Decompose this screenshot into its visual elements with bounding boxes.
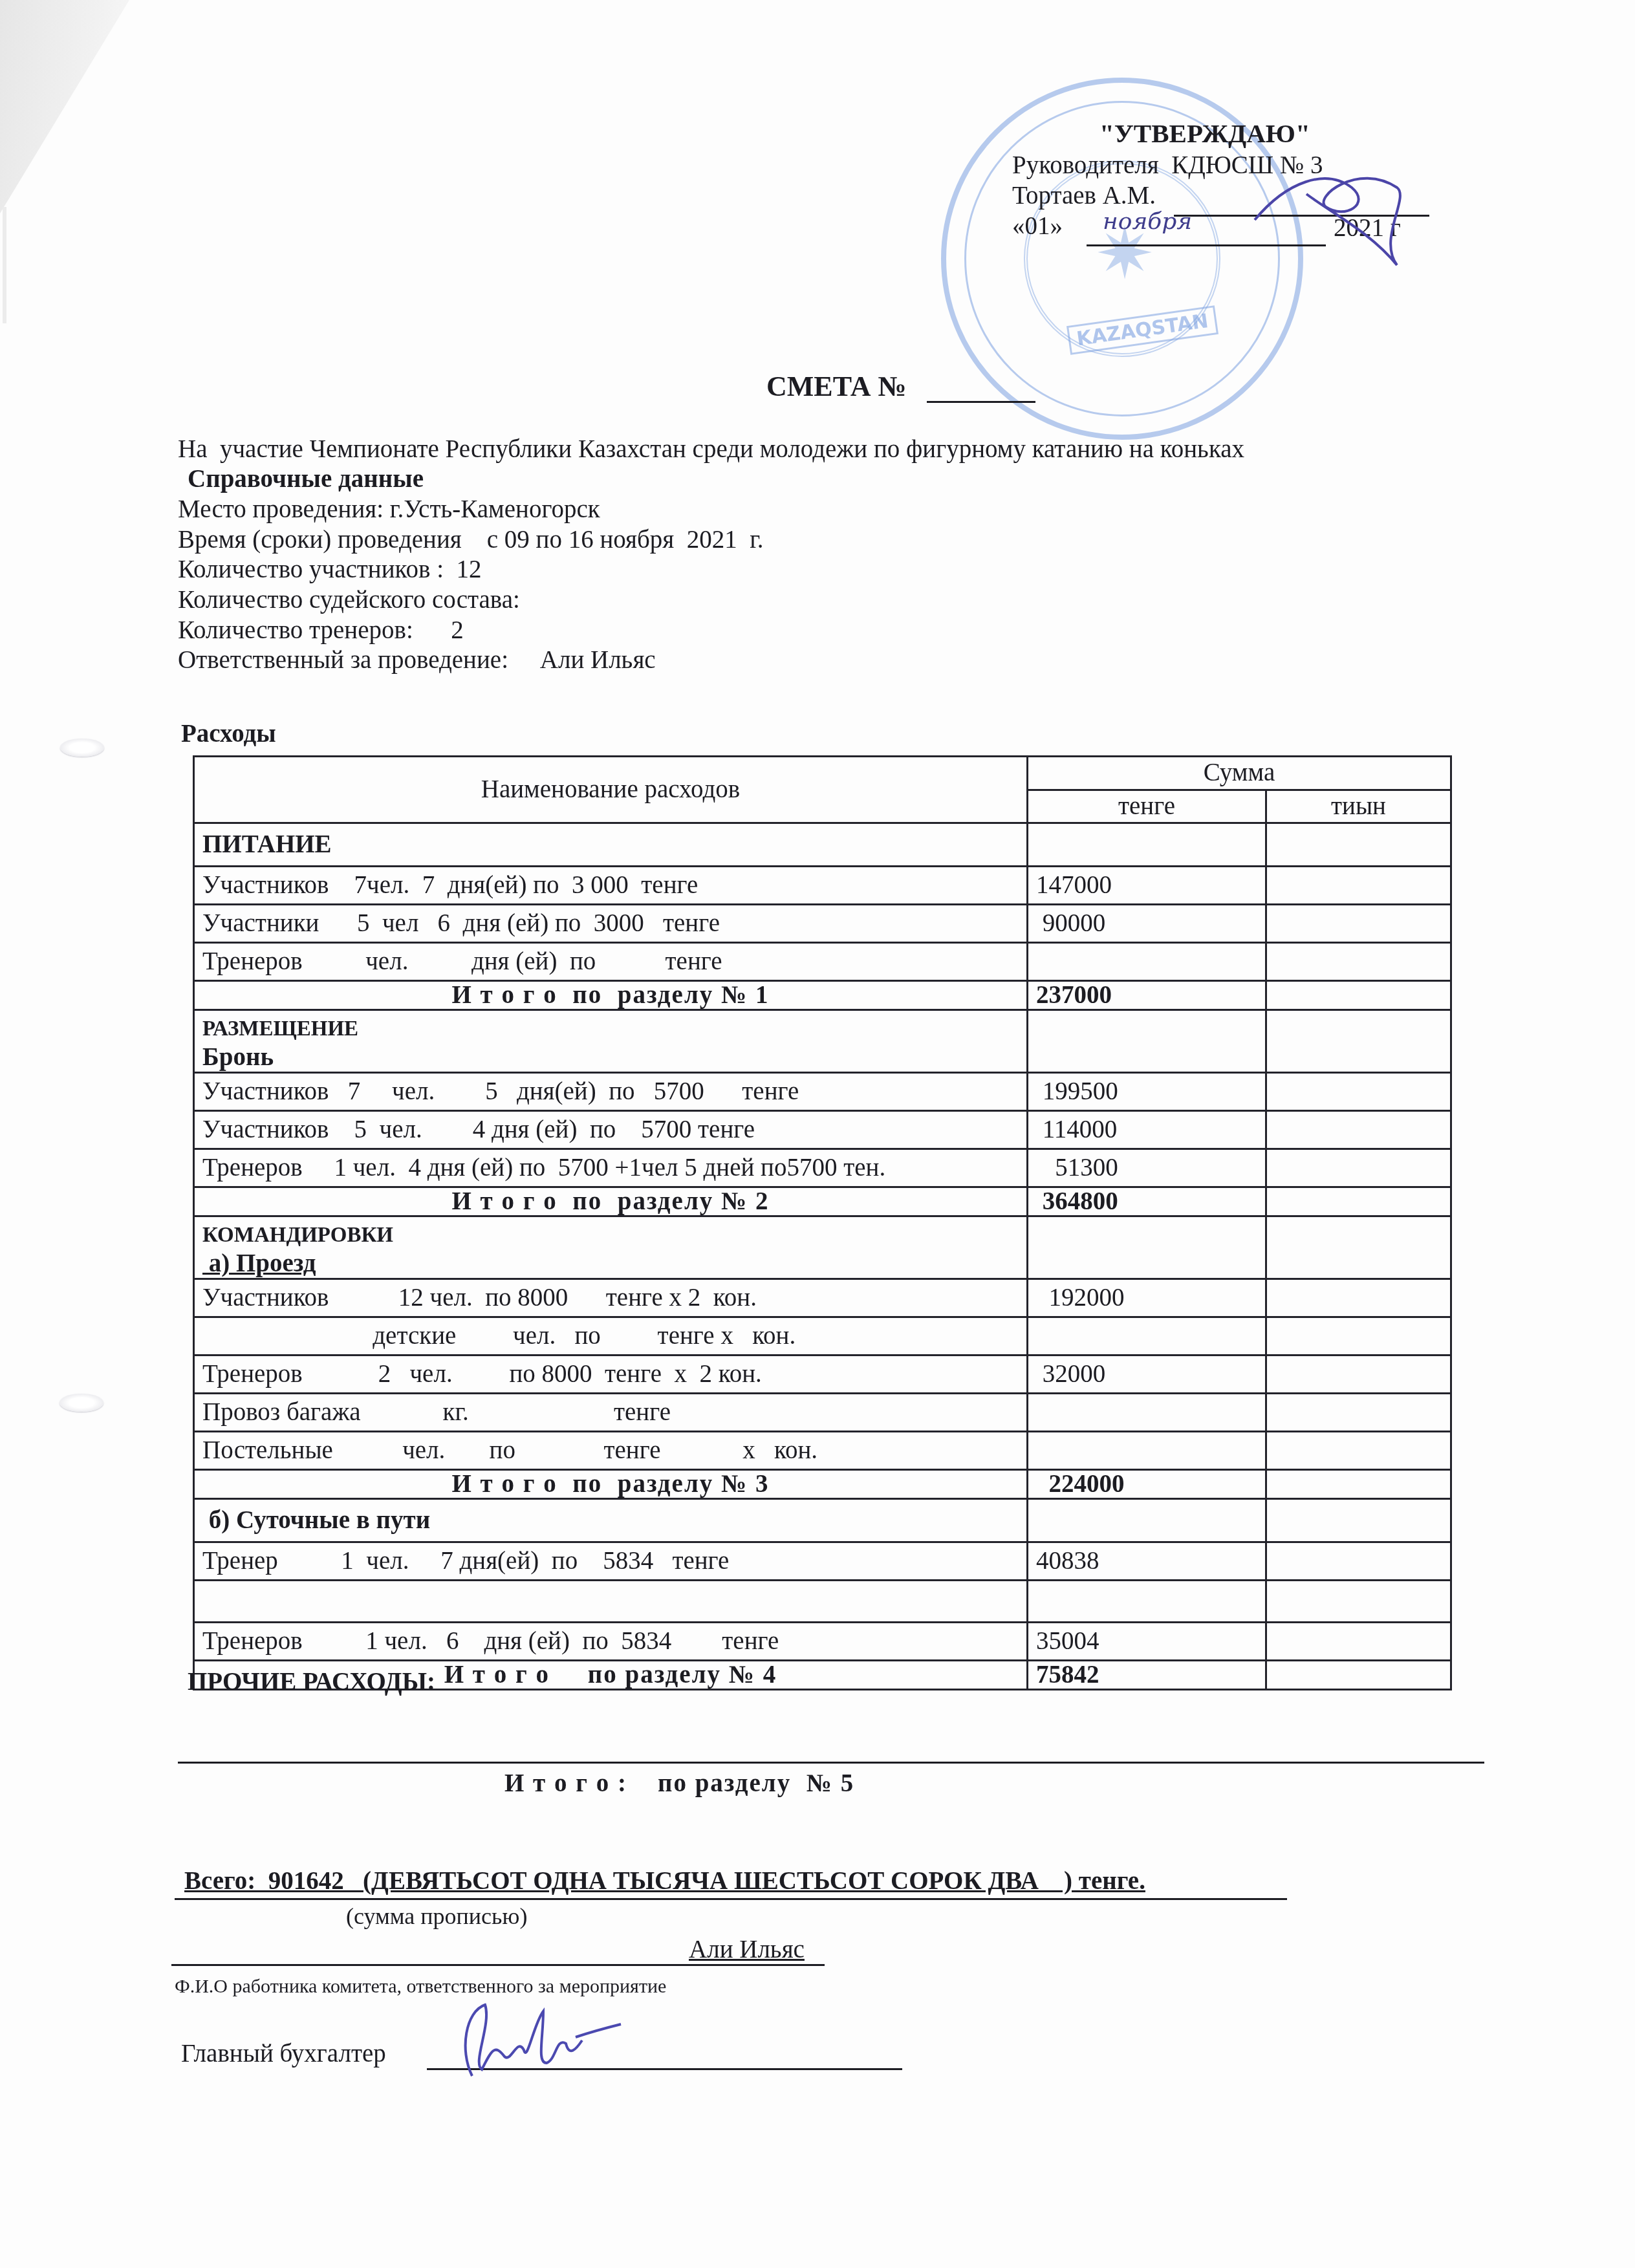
table-row: Тренер 1 чел. 7 дня(ей) по 5834 тенге408… [194, 1542, 1451, 1581]
table-total-row: И т о г о по разделу № 1237000 [194, 981, 1451, 1010]
amount-tiyn-cell [1266, 1010, 1451, 1073]
table-header-row: Наименование расходов Сумма [194, 757, 1451, 790]
expense-name-cell: Участников 7 чел. 5 дня(ей) по 5700 тенг… [194, 1073, 1028, 1111]
header-sum: Сумма [1027, 757, 1451, 790]
expense-name-cell: Постельные чел. по тенге х кон. [194, 1432, 1028, 1470]
amount-tiyn-cell [1266, 905, 1451, 943]
section5-total: И т о г о : по разделу № 5 [504, 1769, 854, 1798]
amount-tenge-cell [1027, 1499, 1266, 1542]
expense-name-cell: РАЗМЕЩЕНИЕБронь [194, 1010, 1028, 1073]
amount-tiyn-cell [1266, 943, 1451, 981]
amount-tiyn-cell [1266, 1432, 1451, 1470]
document-title: СМЕТА № [766, 370, 907, 403]
expense-name-cell: Тренер 1 чел. 7 дня(ей) по 5834 тенге [194, 1542, 1028, 1581]
expense-name-cell: детские чел. по тенге х кон. [194, 1317, 1028, 1355]
expense-name-cell: Тренеров 1 чел. 6 дня (ей) по 5834 тенге [194, 1623, 1028, 1661]
reference-venue: Место проведения: г.Усть-Каменогорск [178, 495, 600, 524]
expense-name-cell: И т о г о по разделу № 3 [194, 1470, 1028, 1499]
reference-heading: Справочные данные [188, 464, 424, 493]
table-row: Участники 5 чел 6 дня (ей) по 3000 тенге… [194, 905, 1451, 943]
amount-tiyn-cell [1266, 1499, 1451, 1542]
table-row: детские чел. по тенге х кон. [194, 1317, 1451, 1355]
table-row: Участников 12 чел. по 8000 тенге х 2 кон… [194, 1279, 1451, 1317]
grand-total: Всего: 901642 (ДЕВЯТЬСОТ ОДНА ТЫСЯЧА ШЕС… [184, 1866, 1145, 1895]
amount-tenge-cell [1027, 943, 1266, 981]
amount-tiyn-cell [1266, 1542, 1451, 1581]
page-fold-corner [0, 0, 129, 213]
table-row: Постельные чел. по тенге х кон. [194, 1432, 1451, 1470]
table-row: Тренеров чел. дня (ей) по тенге [194, 943, 1451, 981]
table-row: Тренеров 1 чел. 4 дня (ей) по 5700 +1чел… [194, 1149, 1451, 1187]
page-fold-edge [3, 207, 6, 323]
expense-name-cell: Провоз багажа кг. тенге [194, 1394, 1028, 1432]
director-signature [1248, 142, 1423, 272]
amount-tenge-cell: 192000 [1027, 1279, 1266, 1317]
approval-name: Тортаев А.М. [1012, 181, 1156, 210]
section-title: КОМАНДИРОВКИ [202, 1221, 1019, 1249]
expenses-table: Наименование расходов Сумма тенге тиын П… [193, 755, 1452, 1690]
amount-tiyn-cell [1266, 1187, 1451, 1216]
other-expenses-line [178, 1762, 1484, 1764]
expense-name-cell: Участников 7чел. 7 дня(ей) по 3 000 тенг… [194, 867, 1028, 905]
amount-tiyn-cell [1266, 1623, 1451, 1661]
reference-responsible: Ответственный за проведение: Али Ильяс [178, 645, 656, 675]
amount-tenge-cell: 90000 [1027, 905, 1266, 943]
amount-tenge-cell: 199500 [1027, 1073, 1266, 1111]
amount-tenge-cell: 237000 [1027, 981, 1266, 1010]
reference-dates: Время (сроки) проведения с 09 по 16 нояб… [178, 525, 764, 554]
amount-tiyn-cell [1266, 1317, 1451, 1355]
expense-name-cell: И т о г о по разделу № 1 [194, 981, 1028, 1010]
amount-tiyn-cell [1266, 1355, 1451, 1394]
amount-tiyn-cell [1266, 1149, 1451, 1187]
other-expenses-heading: ПРОЧИЕ РАСХОДЫ: [188, 1667, 435, 1696]
amount-tiyn-cell [1266, 1216, 1451, 1279]
amount-tenge-cell [1027, 1010, 1266, 1073]
amount-tiyn-cell [1266, 1581, 1451, 1623]
expense-name-cell: И т о г о по разделу № 2 [194, 1187, 1028, 1216]
expense-name-cell: КОМАНДИРОВКИ а) Проезд [194, 1216, 1028, 1279]
expense-name-cell [194, 1581, 1028, 1623]
section-title: РАЗМЕЩЕНИЕ [202, 1015, 1019, 1043]
table-section-row: КОМАНДИРОВКИ а) Проезд [194, 1216, 1451, 1279]
table-section-row: ПИТАНИЕ [194, 823, 1451, 867]
expenses-heading: Расходы [181, 719, 276, 748]
amount-tenge-cell: 51300 [1027, 1149, 1266, 1187]
document-number-line [927, 401, 1035, 403]
expense-name-cell: Тренеров чел. дня (ей) по тенге [194, 943, 1028, 981]
amount-tiyn-cell [1266, 823, 1451, 867]
amount-tiyn-cell [1266, 1661, 1451, 1690]
amount-tenge-cell [1027, 1581, 1266, 1623]
expense-name-cell: Участников 5 чел. 4 дня (ей) по 5700 тен… [194, 1111, 1028, 1149]
amount-tenge-cell: 224000 [1027, 1470, 1266, 1499]
amount-tiyn-cell [1266, 1111, 1451, 1149]
header-name: Наименование расходов [194, 757, 1028, 823]
accountant-label: Главный бухгалтер [181, 2039, 386, 2068]
section-subtitle: а) Проезд [202, 1249, 1019, 1278]
amount-tenge-cell: 40838 [1027, 1542, 1266, 1581]
reference-judges: Количество судейского состава: [178, 585, 520, 614]
section-subtitle: Бронь [202, 1043, 1019, 1072]
header-tenge: тенге [1027, 790, 1266, 823]
reference-coaches: Количество тренеров: 2 [178, 616, 464, 645]
responsible-caption: Ф.И.О работника комитета, ответственного… [175, 1976, 666, 1998]
hole-punch-mark [60, 739, 104, 757]
header-tiyn: тиын [1266, 790, 1451, 823]
amount-tenge-cell: 114000 [1027, 1111, 1266, 1149]
amount-tenge-cell: 35004 [1027, 1623, 1266, 1661]
amount-tiyn-cell [1266, 1394, 1451, 1432]
responsible-line [171, 1964, 825, 1966]
amount-tiyn-cell [1266, 1470, 1451, 1499]
expense-name-cell: Тренеров 2 чел. по 8000 тенге х 2 кон. [194, 1355, 1028, 1394]
grand-total-line [175, 1898, 1287, 1900]
expense-name-cell: Участников 12 чел. по 8000 тенге х 2 кон… [194, 1279, 1028, 1317]
amount-tiyn-cell [1266, 1073, 1451, 1111]
expense-name-cell: Тренеров 1 чел. 4 дня (ей) по 5700 +1чел… [194, 1149, 1028, 1187]
amount-tenge-cell: 364800 [1027, 1187, 1266, 1216]
table-row: Тренеров 1 чел. 6 дня (ей) по 5834 тенге… [194, 1623, 1451, 1661]
amount-tiyn-cell [1266, 867, 1451, 905]
table-row: Участников 7 чел. 5 дня(ей) по 5700 тенг… [194, 1073, 1451, 1111]
table-section-row: б) Суточные в пути [194, 1499, 1451, 1542]
amount-tiyn-cell [1266, 981, 1451, 1010]
amount-tenge-cell [1027, 1394, 1266, 1432]
table-total-row: И т о г о по разделу № 2 364800 [194, 1187, 1451, 1216]
expense-name-cell: ПИТАНИЕ [194, 823, 1028, 867]
expense-name-cell: Участники 5 чел 6 дня (ей) по 3000 тенге [194, 905, 1028, 943]
amount-tenge-cell: 147000 [1027, 867, 1266, 905]
accountant-signature [446, 1998, 640, 2082]
table-row: Тренеров 2 чел. по 8000 тенге х 2 кон. 3… [194, 1355, 1451, 1394]
reference-participants: Количество участников : 12 [178, 555, 482, 584]
approval-date-day: «01» [1012, 211, 1063, 241]
amount-tenge-cell [1027, 823, 1266, 867]
table-section-row: РАЗМЕЩЕНИЕБронь [194, 1010, 1451, 1073]
responsible-name: Али Ильяс [689, 1935, 805, 1964]
approval-date-month: ноября [1103, 208, 1192, 235]
amount-tenge-cell [1027, 1216, 1266, 1279]
grand-total-caption: (сумма прописью) [346, 1903, 527, 1930]
document-purpose: На участие Чемпионате Республики Казахст… [178, 435, 1244, 464]
amount-tenge-cell: 75842 [1027, 1661, 1266, 1690]
amount-tenge-cell [1027, 1432, 1266, 1470]
table-row [194, 1581, 1451, 1623]
table-row: Провоз багажа кг. тенге [194, 1394, 1451, 1432]
expense-name-cell: б) Суточные в пути [194, 1499, 1028, 1542]
hole-punch-mark [60, 1394, 103, 1412]
table-row: Участников 5 чел. 4 дня (ей) по 5700 тен… [194, 1111, 1451, 1149]
amount-tenge-cell: 32000 [1027, 1355, 1266, 1394]
amount-tenge-cell [1027, 1317, 1266, 1355]
amount-tiyn-cell [1266, 1279, 1451, 1317]
table-row: Участников 7чел. 7 дня(ей) по 3 000 тенг… [194, 867, 1451, 905]
table-total-row: И т о г о по разделу № 3 224000 [194, 1470, 1451, 1499]
